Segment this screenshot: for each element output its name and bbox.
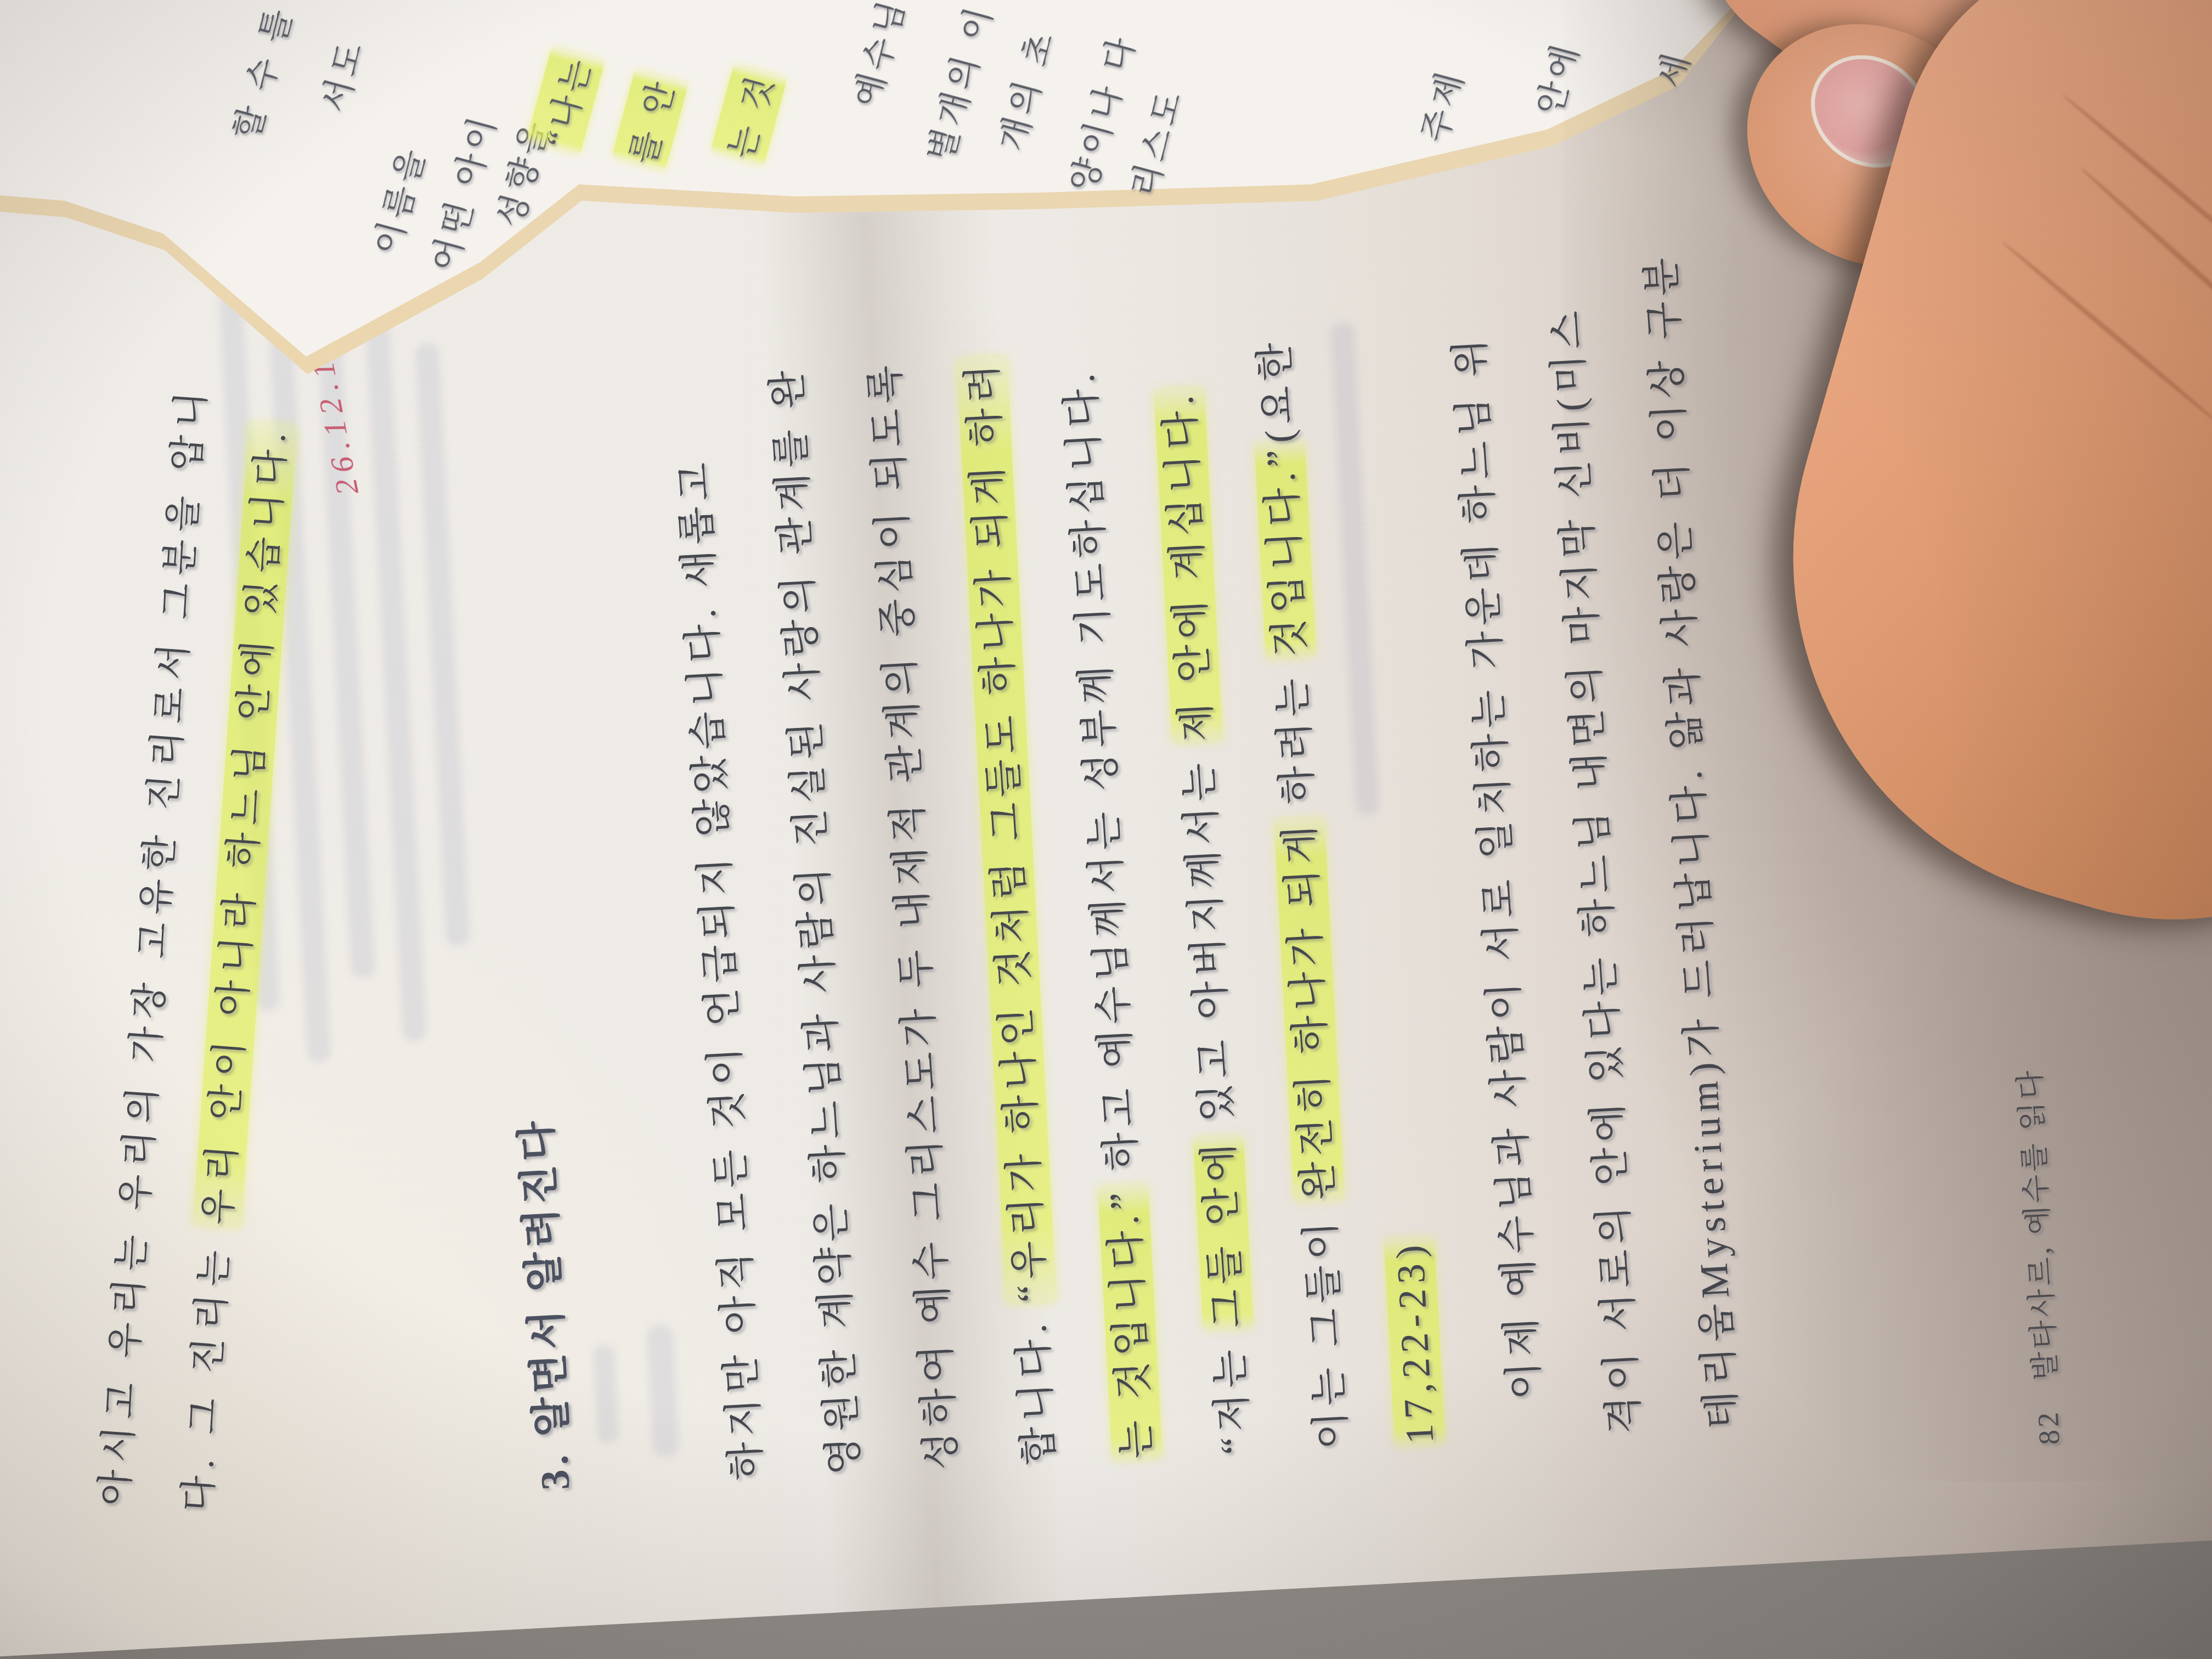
highlighted-segment: 제 안에 계십니다. [1154,388,1223,744]
text-line: 이제 예수님과 사람이 서로 일치하는 가운데 하느님 위 [1437,332,1550,1401]
line-segment: “저는 [1206,1328,1257,1455]
text-line: 는 것입니다.” 하고 예수님께서는 성부께 기도하십니다. [1048,367,1162,1462]
highlighted-segment: 완전히 하나가 되게 [1274,818,1344,1202]
highlighted-segment: 것입니다.” [1254,442,1316,659]
line-segment: 합니다. [1009,1302,1062,1465]
line-segment: (요한 [1252,336,1301,444]
book-photo: { "photo": { "width": 4032, "height": 30… [0,0,2212,1659]
skin-crease [2001,240,2212,427]
line-segment: 하고 예수님께서는 성부께 기도하십니다. [1058,367,1145,1187]
highlighted-segment: 는 것입니다.” [1098,1184,1163,1461]
line-segment: 있고 아버지께서는 [1176,741,1240,1138]
highlighted-segment: 그들 안에 [1193,1136,1254,1330]
text-line: “저는 그들 안에 있고 아버지께서는 제 안에 계십니다. [1147,388,1260,1456]
line-segment: 하려는 [1269,657,1321,820]
highlighted-segment: 17,22-23) [1384,1238,1446,1446]
ink-showthrough [1330,322,1380,816]
line-segment: 이는 그들이 [1297,1200,1355,1451]
text-line: 17,22-23) [1387,1238,1443,1446]
line-segment: 이제 예수님과 사람이 서로 일치하는 가운데 하느님 위 [1447,332,1547,1401]
